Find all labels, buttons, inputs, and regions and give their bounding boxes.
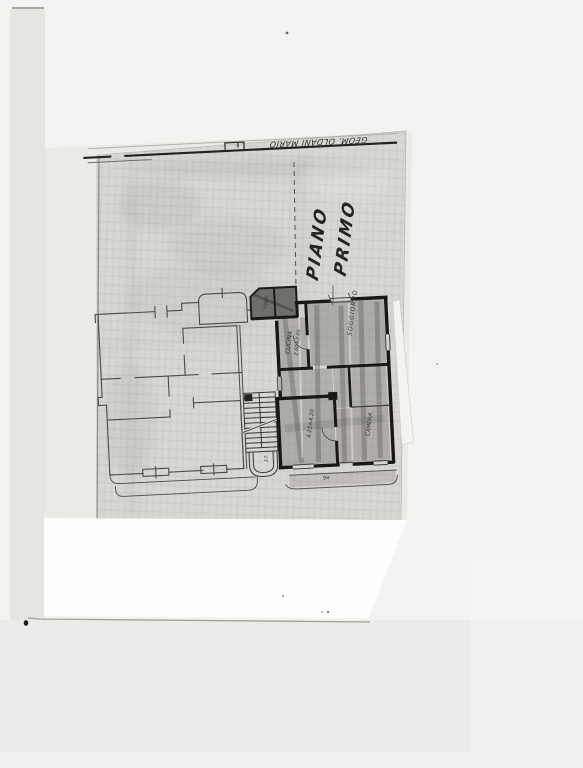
speck-right: [436, 363, 438, 365]
speck-pair-1: [321, 611, 323, 613]
room-label-terrace: 9a: [323, 475, 330, 482]
left-margin-strip: [10, 9, 45, 622]
bottom-right-lighter: [470, 560, 583, 768]
stair-newel: [244, 394, 252, 401]
scan-canvas: GEOM. OLDANI MARIO PIANO PRIMO: [0, 0, 583, 768]
speck-mid: [282, 595, 284, 597]
photocopy-page: GEOM. OLDANI MARIO PIANO PRIMO: [0, 0, 583, 768]
bottom-edge-strip: [0, 752, 583, 768]
white-paper-overlay: [44, 518, 407, 618]
loggia: loggia: [250, 287, 297, 319]
speck-pair-2: [327, 611, 329, 613]
speck-top: [286, 32, 289, 35]
speck-left-dot: [24, 620, 29, 626]
